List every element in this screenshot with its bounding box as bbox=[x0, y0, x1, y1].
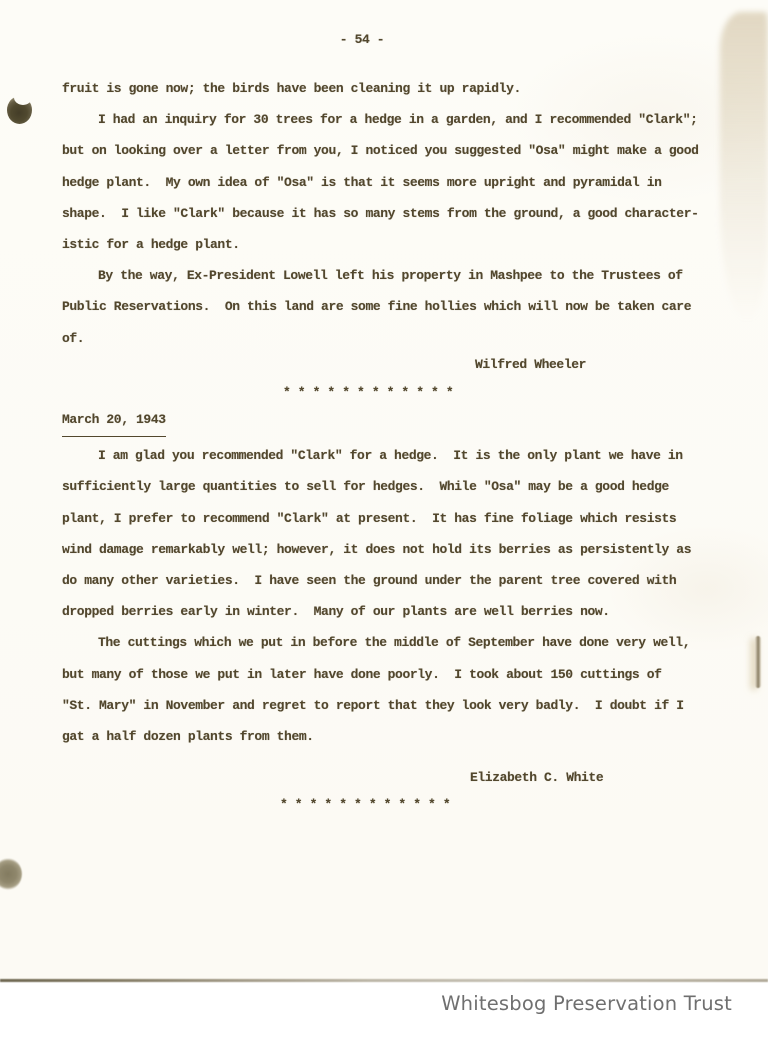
letter-line: do many other varieties. I have seen the… bbox=[62, 565, 728, 596]
letter-line: fruit is gone now; the birds have been c… bbox=[62, 73, 728, 104]
letter-line: istic for a hedge plant. bbox=[62, 229, 728, 260]
signature-wilfred-wheeler: Wilfred Wheeler bbox=[62, 349, 728, 380]
letter-line: wind damage remarkably well; however, it… bbox=[62, 534, 728, 565]
letter-date-heading-line: March 20, 1943 bbox=[62, 404, 728, 435]
letter-line: but many of those we put in later have d… bbox=[62, 659, 728, 690]
punch-hole-bottom bbox=[0, 858, 22, 890]
paper-bottom-edge bbox=[0, 979, 768, 982]
letter-date-heading: March 20, 1943 bbox=[62, 404, 166, 437]
letter-line: Public Reservations. On this land are so… bbox=[62, 291, 728, 322]
asterisk-divider: * * * * * * * * * * * * bbox=[62, 789, 728, 820]
letter-line: shape. I like "Clark" because it has so … bbox=[62, 198, 728, 229]
letter-wheeler: fruit is gone now; the birds have been c… bbox=[0, 73, 768, 408]
letter-line: "St. Mary" in November and regret to rep… bbox=[62, 690, 728, 721]
letter-line: By the way, Ex-President Lowell left his… bbox=[62, 260, 728, 291]
letter-line: The cuttings which we put in before the … bbox=[62, 627, 728, 658]
page-number: - 54 - bbox=[0, 30, 746, 50]
letter-line: plant, I prefer to recommend "Clark" at … bbox=[62, 503, 728, 534]
letter-line: but on looking over a letter from you, I… bbox=[62, 135, 728, 166]
typewritten-content: - 54 - fruit is gone now; the birds have… bbox=[0, 0, 768, 821]
letter-line: sufficiently large quantities to sell fo… bbox=[62, 471, 728, 502]
letter-line: hedge plant. My own idea of "Osa" is tha… bbox=[62, 167, 728, 198]
archive-credit: Whitesbog Preservation Trust bbox=[441, 992, 732, 1015]
letter-line: dropped berries early in winter. Many of… bbox=[62, 596, 728, 627]
letter-line: gat a half dozen plants from them. bbox=[62, 721, 728, 752]
letter-line: I am glad you recommended "Clark" for a … bbox=[62, 440, 728, 471]
letter-white: March 20, 1943 I am glad you recommended… bbox=[0, 404, 768, 820]
letter-line: I had an inquiry for 30 trees for a hedg… bbox=[62, 104, 728, 135]
scanned-page: - 54 - fruit is gone now; the birds have… bbox=[0, 0, 768, 981]
